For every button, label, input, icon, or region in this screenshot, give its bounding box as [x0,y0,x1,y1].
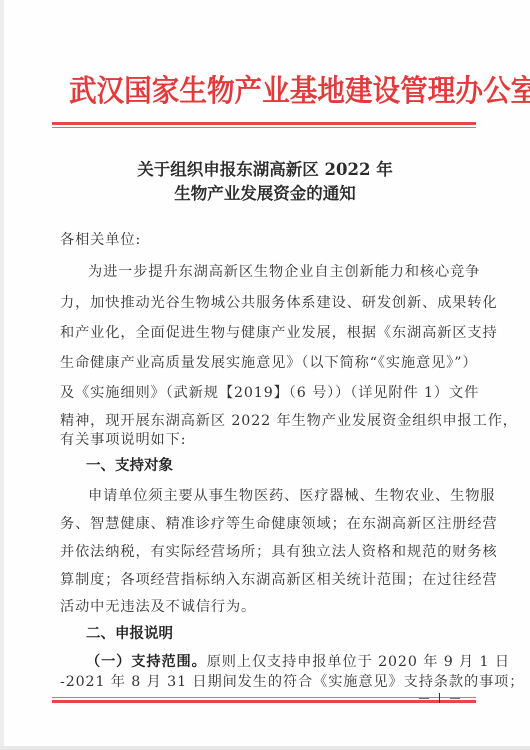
section1-line: 申请单位须主要从事生物医药、医疗器械、生物农业、生物服 [88,486,472,506]
intro-line: 力，加快推动光谷生物城公共服务体系建设、研发创新、成果转化 [60,293,472,313]
sub1-label: （一）支持范围。 [86,654,207,670]
section1-line: 务、智慧健康、精准诊疗等生命健康领域；在东湖高新区注册经营 [60,514,472,534]
page-number-dash-right [450,698,460,699]
intro-line: 有关事项说明如下: [60,430,472,450]
masthead-rule-thick [52,122,476,125]
intro-line: 为进一步提升东湖高新区生物企业自主创新能力和核心竞争 [88,262,472,282]
section2-sub1-line: （一）支持范围。原则上仅支持申报单位于 2020 年 9 月 1 日 [86,652,498,672]
sub1-text: 原则上仅支持申报单位于 2020 年 9 月 1 日 [207,654,510,670]
page-number-mark [439,693,440,703]
page-number-dash-left [419,698,429,699]
intro-line: 精神，现开展东湖高新区 2022 年生物产业发展资金组织申报工作， [60,411,472,431]
masthead-title: 武汉国家生物产业基地建设管理办公室 [69,72,459,112]
section1-line: 活动中无违法及不诚信行为。 [60,597,472,617]
section1-line: 算制度；各项经营指标纳入东湖高新区相关统计范围；在过往经营 [60,570,472,590]
page-bottom-edge [0,746,530,750]
masthead-rule-thin [52,127,476,128]
footer-rule-thin [52,697,476,698]
intro-line: 和产业化，全面促进生物与健康产业发展，根据《东湖高新区支持 [60,323,472,343]
notice-title-line2: 生物产业发展资金的通知 [60,182,470,206]
section2-line: -2021 年 8 月 31 日期间发生的符合《实施意见》支持条款的事项； [60,672,472,692]
intro-line: 生命健康产业高质量发展实施意见》（以下简称“《实施意见》”） [60,353,472,373]
intro-line: 及《实施细则》（武新规【2019】（6 号））（详见附件 1）文件 [60,383,472,403]
document-page: 武汉国家生物产业基地建设管理办公室 关于组织申报东湖高新区 2022 年 生物产… [0,0,530,750]
section2-heading: 二、申报说明 [86,624,173,644]
notice-title-line1: 关于组织申报东湖高新区 2022 年 [60,158,470,182]
salutation: 各相关单位: [60,230,472,250]
section1-heading: 一、支持对象 [86,456,173,476]
section1-line: 并依法纳税，有实际经营场所；具有独立法人资格和规范的财务核 [60,542,472,562]
footer-rule-thick [52,700,476,703]
page-edge [0,0,4,750]
